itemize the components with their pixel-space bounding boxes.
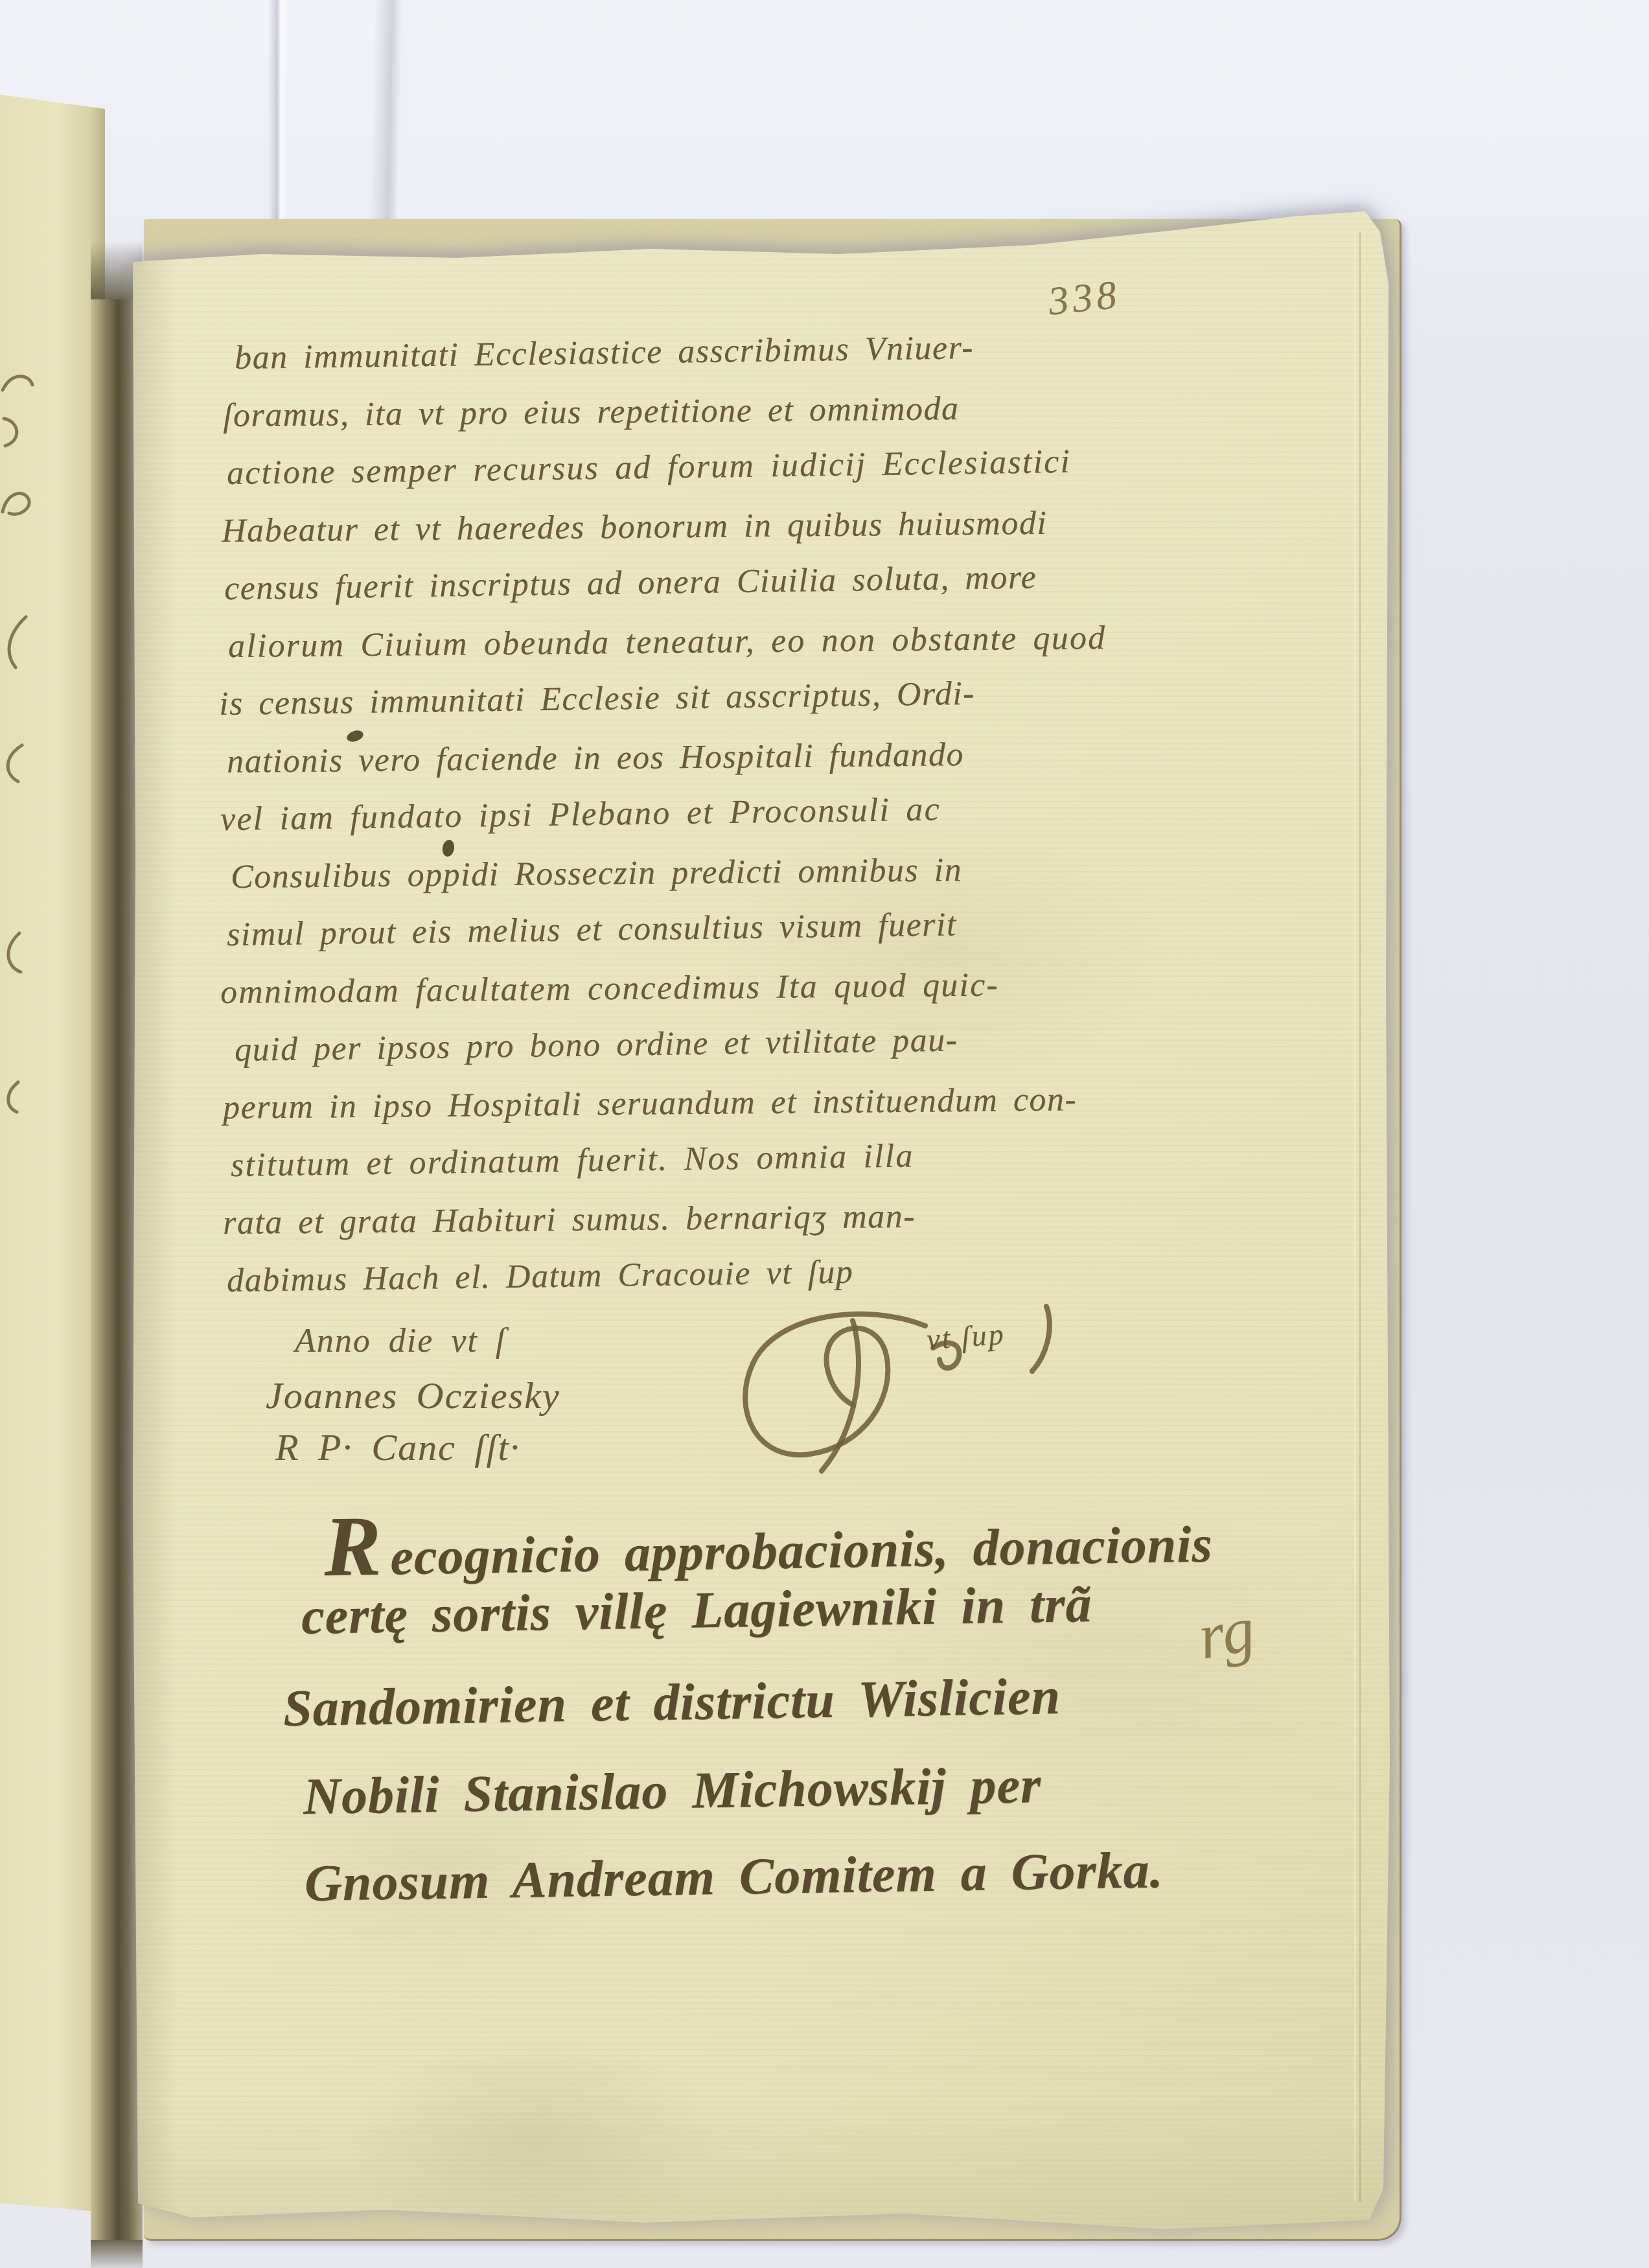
facing-page-ink-fragment xyxy=(0,483,32,520)
facing-page-ink-fragment xyxy=(0,1080,23,1116)
body-line: omnimodam facultatem concedimus Ita quod… xyxy=(220,964,999,1013)
body-line: Consulibus oppidi Rosseczin predicti omn… xyxy=(231,849,963,898)
page-wrapper: 338 ban immunitati Ecclesiastice asscrib… xyxy=(133,206,1393,2241)
dating-line: Anno die vt ſ xyxy=(295,1322,506,1360)
body-line: is census immunitati Ecclesie sit asscri… xyxy=(219,673,976,725)
body-line: rata et grata Habituri sumus. bernariqʒ … xyxy=(223,1196,916,1244)
body-line: ſoramus, ita vt pro eius repetitione et … xyxy=(223,388,960,437)
body-line: actione semper recursus ad forum iudicij… xyxy=(227,441,1072,494)
body-line: quid per ipsos pro bono ordine et vtilit… xyxy=(235,1019,958,1071)
body-line: Habeatur et vt haeredes bonorum in quibu… xyxy=(222,502,1048,552)
facing-page-ink-fragment xyxy=(0,931,26,976)
body-line: ban immunitati Ecclesiastice asscribimus… xyxy=(235,327,974,379)
heading-line: Gnosum Andream Comitem a Gorka. xyxy=(304,1841,1164,1914)
chancery-paraph: vt ſup xyxy=(719,1301,1069,1502)
facing-page-ink-fragment xyxy=(0,743,26,784)
body-line: stitutum et ordinatum fuerit. Nos omnia … xyxy=(231,1135,914,1186)
chancellor-signature: Joannes Ocziesky xyxy=(266,1374,560,1417)
heading-line: certę sortis villę Lagiewniki in trã xyxy=(301,1575,1092,1647)
paraph-note: vt ſup xyxy=(925,1317,1006,1356)
body-line: perum in ipso Hospitali seruandum et ins… xyxy=(223,1078,1078,1129)
facing-page-edge xyxy=(0,95,105,2212)
body-line: nationis vero faciende in eos Hospitali … xyxy=(227,734,965,783)
body-line: dabimus Hach el. Datum Cracouie vt ſup xyxy=(227,1251,854,1302)
body-line: vel iam fundato ipsi Plebano et Proconsu… xyxy=(220,788,941,840)
heading-line: Sandomirien et districtu Wislicien xyxy=(283,1667,1061,1739)
heading-line: Nobili Stanislao Michowskij per xyxy=(303,1756,1041,1827)
chancery-office-line: R P· Canc ſſt· xyxy=(275,1426,520,1469)
facing-page-ink-fragment xyxy=(0,613,30,671)
margin-registration-mark: rg xyxy=(1193,1591,1260,1674)
facing-page-ink-fragment xyxy=(0,412,29,451)
manuscript-page: 338 ban immunitati Ecclesiastice asscrib… xyxy=(133,206,1393,2241)
body-line: census fuerit inscriptus ad onera Ciuili… xyxy=(224,556,1037,610)
folio-number: 338 xyxy=(1046,272,1123,325)
manuscript-scan: 338 ban immunitati Ecclesiastice asscrib… xyxy=(0,0,1649,2268)
body-line: aliorum Ciuium obeunda teneatur, eo non … xyxy=(228,617,1107,667)
facing-page-ink-fragment xyxy=(0,367,39,399)
body-line: simul prout eis melius et consultius vis… xyxy=(227,903,958,956)
fore-edge-crease xyxy=(1359,232,1361,2202)
